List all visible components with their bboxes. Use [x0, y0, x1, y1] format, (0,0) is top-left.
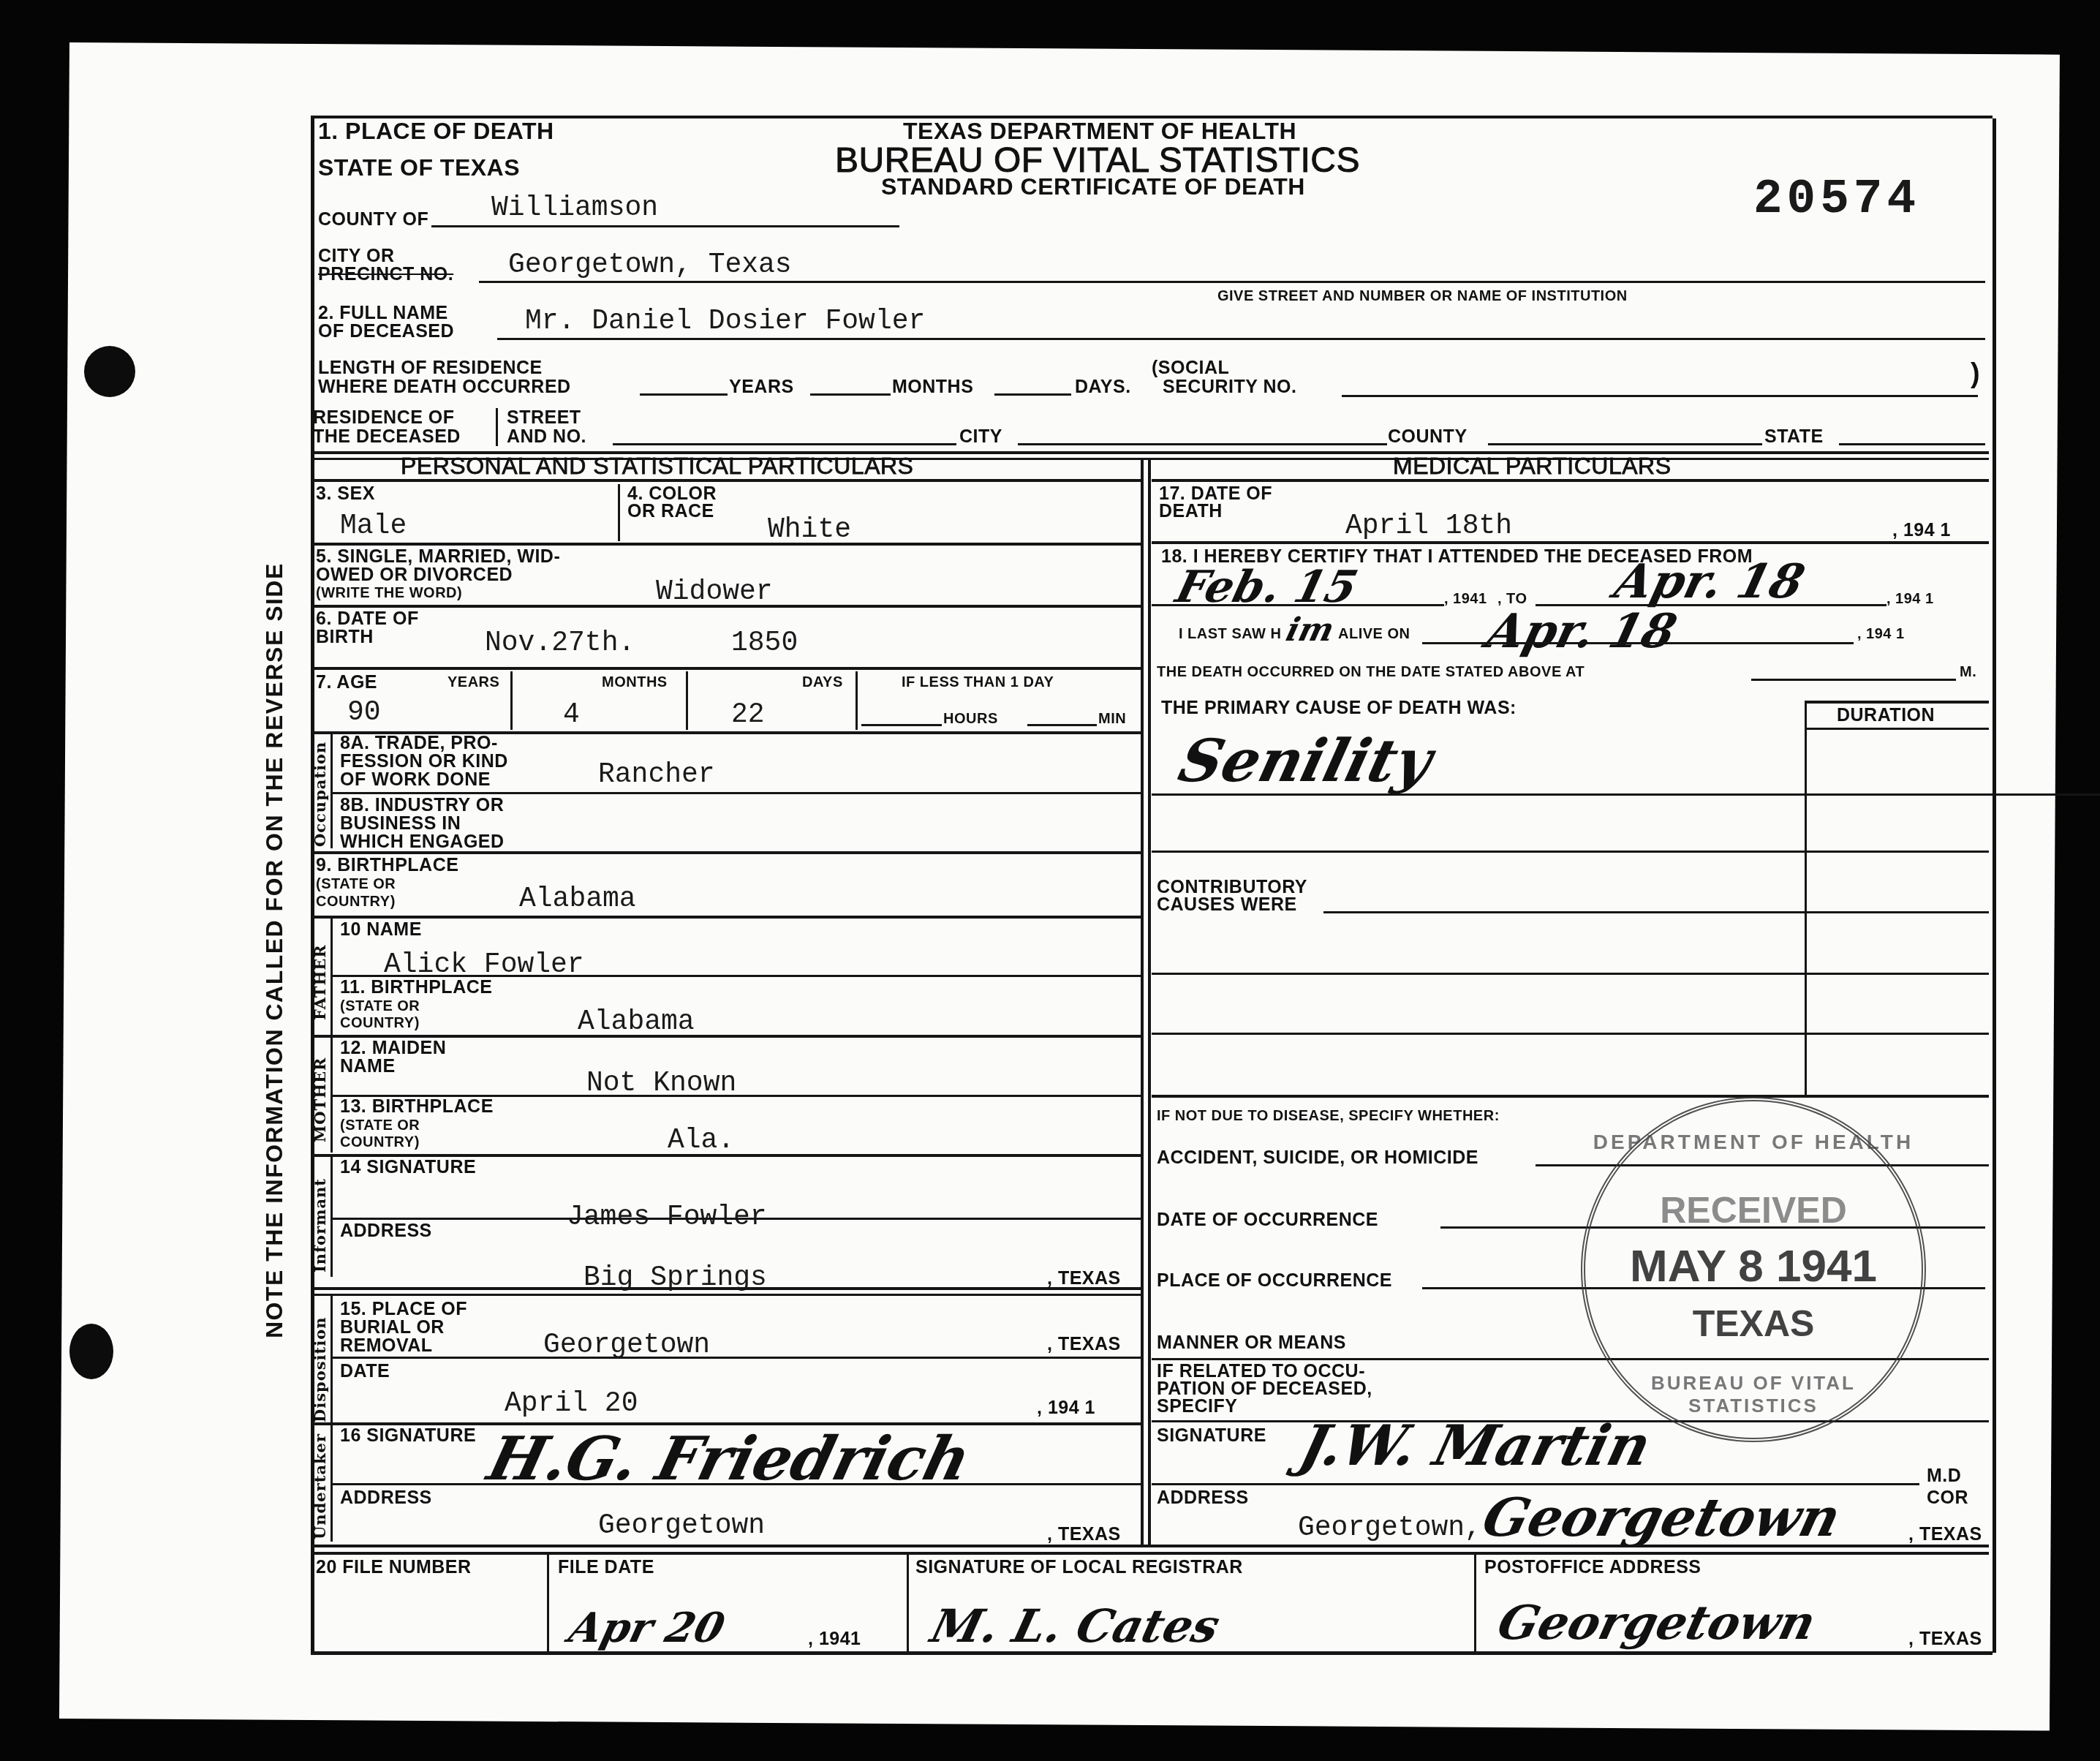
stamp-date: MAY 8 1941 [1585, 1240, 1922, 1292]
trade-label-2: FESSION OR KIND [340, 752, 508, 772]
age-days-label: DAYS [802, 674, 843, 690]
sex-label: 3. SEX [316, 484, 375, 504]
race-label-2: OR RACE [627, 502, 714, 521]
postoffice-label: POSTOFFICE ADDRESS [1484, 1558, 1701, 1577]
death-year: , 194 1 [1892, 521, 1951, 540]
birthplace-value: Alabama [519, 885, 636, 914]
department-heading: TEXAS DEPARTMENT OF HEALTH [903, 118, 1296, 143]
burial-label-1: 15. PLACE OF [340, 1300, 467, 1319]
divider [510, 671, 513, 730]
rule [311, 667, 1141, 670]
residence-length-label-2: WHERE DEATH OCCURRED [318, 377, 571, 397]
ssn-label-2: SECURITY NO. [1163, 377, 1296, 397]
res-county-label: COUNTY [1388, 427, 1468, 447]
burial-state: , TEXAS [1047, 1335, 1121, 1354]
full-name-label-1: 2. FULL NAME [318, 303, 448, 323]
residence-label-2: THE DECEASED [313, 427, 461, 447]
burial-date-label: DATE [340, 1362, 390, 1381]
rule [311, 1294, 1141, 1296]
age-years-label: YEARS [447, 674, 499, 690]
last-saw-label-2: ALIVE ON [1338, 626, 1410, 642]
divider [907, 1555, 909, 1653]
divider [547, 1555, 549, 1653]
physician-signature: J.W. Martin [1294, 1415, 1658, 1477]
physician-address-handwritten: Georgetown [1477, 1488, 1846, 1547]
city-label-1: CITY OR [318, 246, 394, 266]
death-date-label-2: DEATH [1159, 502, 1223, 521]
res-state-line [1839, 443, 1985, 445]
not-disease-label: IF NOT DUE TO DISEASE, SPECIFY WHETHER: [1157, 1108, 1500, 1124]
rule [1152, 541, 1989, 544]
age-months-label: MONTHS [602, 674, 668, 690]
street-label-2: AND NO. [507, 427, 586, 447]
rule [1152, 973, 1989, 975]
father-birthplace-label-2: (STATE OR [340, 998, 420, 1014]
certificate-title: STANDARD CERTIFICATE OF DEATH [881, 174, 1305, 199]
rule [311, 916, 1141, 919]
father-birthplace-label-3: COUNTRY) [340, 1015, 420, 1031]
mother-birthplace-value: Ala. [668, 1126, 734, 1155]
divider [686, 671, 688, 730]
rule [311, 1552, 1989, 1555]
residence-years-label: YEARS [729, 377, 794, 397]
undertaker-side-label: Undertaker [311, 1433, 329, 1539]
certificate-number: 20574 [1753, 174, 1920, 225]
age-months-value: 4 [563, 701, 580, 730]
full-name-line [497, 338, 1985, 340]
years-line [640, 393, 728, 396]
residence-length-label-1: LENGTH OF RESIDENCE [318, 358, 543, 378]
duration-label: DURATION [1837, 706, 1935, 725]
full-name-label-2: OF DECEASED [318, 322, 454, 342]
father-birthplace-value: Alabama [578, 1008, 695, 1037]
mother-name-value: Not Known [586, 1069, 736, 1098]
rule [1422, 642, 1854, 644]
rule [333, 1218, 1141, 1220]
min-line [1027, 724, 1097, 726]
burial-year: , 194 1 [1037, 1398, 1095, 1418]
last-saw-date: Apr. 18 [1482, 607, 1682, 657]
physician-address-typed: Georgetown, [1298, 1514, 1481, 1543]
county-value: Williamson [491, 194, 658, 223]
rule [1152, 1033, 1989, 1035]
physician-address-label: ADDRESS [1157, 1488, 1249, 1508]
mother-side-label: MOTHER [311, 1057, 329, 1142]
sex-value: Male [340, 512, 407, 541]
informant-state: , TEXAS [1047, 1269, 1121, 1289]
birth-label-1: 6. DATE OF [316, 609, 419, 629]
ssn-label-1: (SOCIAL [1152, 358, 1229, 378]
margin-note: NOTE THE INFORMATION CALLED FOR ON THE R… [265, 562, 284, 1338]
res-state-label: STATE [1764, 427, 1824, 447]
birth-label-2: BIRTH [316, 627, 374, 647]
burial-place-value: Georgetown [543, 1331, 710, 1360]
min-label: MIN [1098, 711, 1126, 727]
birthplace-label-2: (STATE OR [316, 876, 396, 892]
column-divider [1148, 458, 1151, 1547]
burial-label-2: BURIAL OR [340, 1318, 445, 1338]
related-label-3: SPECIFY [1157, 1397, 1237, 1417]
marital-label-2: OWED OR DIVORCED [316, 565, 513, 585]
file-date-value: Apr 20 [564, 1605, 729, 1651]
birthplace-label-3: COUNTRY) [316, 894, 396, 910]
undertaker-signature-label: 16 SIGNATURE [340, 1426, 476, 1446]
residence-days-label: DAYS. [1075, 377, 1131, 397]
industry-label-2: BUSINESS IN [340, 814, 461, 834]
undertaker-state: , TEXAS [1047, 1525, 1121, 1545]
burial-date-value: April 20 [505, 1389, 638, 1419]
duration-divider [1805, 701, 1807, 1096]
trade-label-3: OF WORK DONE [340, 770, 491, 790]
file-year: , 1941 [808, 1629, 861, 1649]
manner-label: MANNER OR MEANS [1157, 1333, 1346, 1353]
physician-state: , TEXAS [1908, 1525, 1982, 1545]
cause-label: THE PRIMARY CAUSE OF DEATH WAS: [1161, 698, 1517, 718]
time-label: THE DEATH OCCURRED ON THE DATE STATED AB… [1157, 664, 1585, 680]
death-date-value: April 18th [1345, 512, 1512, 541]
full-name-value: Mr. Daniel Dosier Fowler [525, 307, 925, 336]
last-saw-year: , 194 1 [1857, 626, 1905, 642]
registrar-signature: M. L. Cates [926, 1602, 1225, 1651]
rule [311, 543, 1141, 546]
rule [1152, 1095, 1989, 1098]
occurrence-place-label: PLACE OF OCCURRENCE [1157, 1271, 1392, 1291]
res-county-line [1488, 443, 1762, 445]
mother-name-label-1: 12. MAIDEN [340, 1038, 446, 1058]
personal-section-title: PERSONAL AND STATISTICAL PARTICULARS [401, 453, 913, 478]
hours-line [861, 724, 942, 726]
cor-label: COR [1927, 1488, 1968, 1508]
medical-section-title: MEDICAL PARTICULARS [1393, 453, 1672, 478]
father-name-label: 10 NAME [340, 920, 422, 940]
accident-label: ACCIDENT, SUICIDE, OR HOMICIDE [1157, 1148, 1478, 1168]
street-label-1: STREET [507, 408, 581, 428]
marital-value: Widower [656, 578, 773, 607]
contrib-label-2: CAUSES WERE [1157, 895, 1297, 915]
stamp-state: TEXAS [1585, 1302, 1922, 1345]
divider [1474, 1555, 1476, 1653]
mother-name-label-2: NAME [340, 1057, 396, 1076]
rule [1323, 911, 1989, 913]
place-of-death-label: 1. PLACE OF DEATH [318, 118, 554, 143]
last-saw-him: im [1283, 613, 1337, 648]
rule [311, 1651, 1993, 1655]
informant-side-label: Informant [311, 1178, 329, 1272]
punch-hole-top [84, 346, 135, 397]
father-birthplace-label-1: 11. BIRTHPLACE [340, 978, 492, 998]
primary-cause-value: Senility [1173, 728, 1439, 793]
birth-date-value: Nov.27th. [485, 629, 635, 658]
divider [856, 671, 858, 730]
occupation-side-label: Occupation [311, 742, 329, 847]
rule [311, 605, 1141, 608]
undertaker-address-label: ADDRESS [340, 1488, 432, 1508]
rule [1806, 728, 1989, 730]
side-divider [331, 1296, 333, 1424]
trade-label-1: 8A. TRADE, PRO- [340, 734, 498, 753]
trade-value: Rancher [598, 761, 715, 790]
residence-months-label: MONTHS [892, 377, 973, 397]
marital-label-1: 5. SINGLE, MARRIED, WID- [316, 547, 560, 567]
hours-label: HOURS [943, 711, 998, 727]
physician-signature-label: SIGNATURE [1157, 1426, 1266, 1446]
age-label: 7. AGE [316, 673, 377, 693]
rule [333, 1357, 1141, 1359]
birthplace-label-1: 9. BIRTHPLACE [316, 856, 458, 875]
father-side-label: FATHER [311, 944, 329, 1020]
side-divider [331, 1156, 333, 1277]
less-than-day-label: IF LESS THAN 1 DAY [902, 674, 1054, 690]
race-value: White [768, 516, 851, 545]
rule [333, 1483, 1141, 1485]
rule [311, 851, 1141, 854]
column-divider [1141, 458, 1144, 1547]
city-value: Georgetown, Texas [508, 251, 792, 280]
marital-label-3: (WRITE THE WORD) [316, 585, 462, 601]
state-label: STATE OF TEXAS [318, 155, 520, 180]
disposition-side-label: Disposition [311, 1317, 329, 1422]
registrar-label: SIGNATURE OF LOCAL REGISTRAR [915, 1558, 1243, 1577]
undertaker-signature: H.G. Friedrich [482, 1426, 977, 1492]
brace [496, 408, 498, 446]
postoffice-state: , TEXAS [1908, 1629, 1982, 1649]
months-line [810, 393, 891, 396]
attended-to-value: Apr. 18 [1610, 557, 1810, 607]
rule [1152, 851, 1989, 853]
age-days-value: 22 [731, 701, 765, 730]
time-suffix: M. [1960, 664, 1976, 680]
industry-label-1: 8B. INDUSTRY OR [340, 796, 504, 815]
mother-birthplace-label-2: (STATE OR [340, 1117, 420, 1134]
rule [1152, 479, 1989, 482]
county-label: COUNTY OF [318, 210, 428, 230]
ssn-close: ) [1971, 364, 1980, 384]
city-line [479, 281, 1985, 283]
rule [311, 1545, 1989, 1547]
rule [333, 792, 1141, 794]
institution-hint: GIVE STREET AND NUMBER OR NAME OF INSTIT… [1217, 288, 1628, 304]
divider [618, 484, 620, 541]
stamp-top-arc: DEPARTMENT OF HEALTH [1585, 1131, 1922, 1154]
received-stamp: DEPARTMENT OF HEALTH RECEIVED MAY 8 1941… [1581, 1097, 1926, 1442]
rule [1805, 701, 1989, 704]
industry-label-3: WHICH ENGAGED [340, 832, 505, 852]
md-label: M.D [1927, 1466, 1961, 1486]
days-line [994, 393, 1071, 396]
age-years-value: 90 [347, 698, 381, 728]
birth-year-value: 1850 [731, 629, 798, 658]
rule [1152, 604, 1444, 606]
informant-signature-label: 14 SIGNATURE [340, 1158, 476, 1177]
undertaker-address-value: Georgetown [598, 1512, 765, 1541]
file-date-label: FILE DATE [558, 1558, 654, 1577]
punch-hole-bottom [69, 1324, 113, 1379]
rule [1751, 679, 1956, 681]
res-city-label: CITY [959, 427, 1002, 447]
rule [311, 479, 1141, 482]
stamp-bottom-arc: BUREAU OF VITAL STATISTICS [1585, 1372, 1922, 1417]
rule [1152, 793, 2100, 796]
attended-to-year: , 194 1 [1886, 591, 1934, 607]
mother-birthplace-label-1: 13. BIRTHPLACE [340, 1097, 494, 1117]
occurrence-date-label: DATE OF OCCURRENCE [1157, 1210, 1378, 1230]
residence-label-1: RESIDENCE OF [313, 408, 455, 428]
res-city-line [1018, 443, 1387, 445]
stamp-received: RECEIVED [1585, 1189, 1922, 1232]
attended-from-year: , 1941 [1444, 591, 1487, 607]
side-divider [331, 734, 333, 848]
file-number-label: 20 FILE NUMBER [316, 1558, 472, 1577]
rule [311, 1287, 1141, 1290]
postoffice-value: Georgetown [1492, 1598, 1821, 1649]
street-line [613, 443, 956, 445]
rule [1152, 1483, 1919, 1485]
county-line [431, 225, 899, 227]
last-saw-label-1: I LAST SAW H [1179, 626, 1281, 642]
city-label-2: PRECINCT NO. [318, 265, 453, 284]
ssn-line [1342, 395, 1978, 397]
burial-label-3: REMOVAL [340, 1336, 433, 1356]
informant-address-label: ADDRESS [340, 1221, 432, 1241]
mother-birthplace-label-3: COUNTRY) [340, 1134, 420, 1150]
